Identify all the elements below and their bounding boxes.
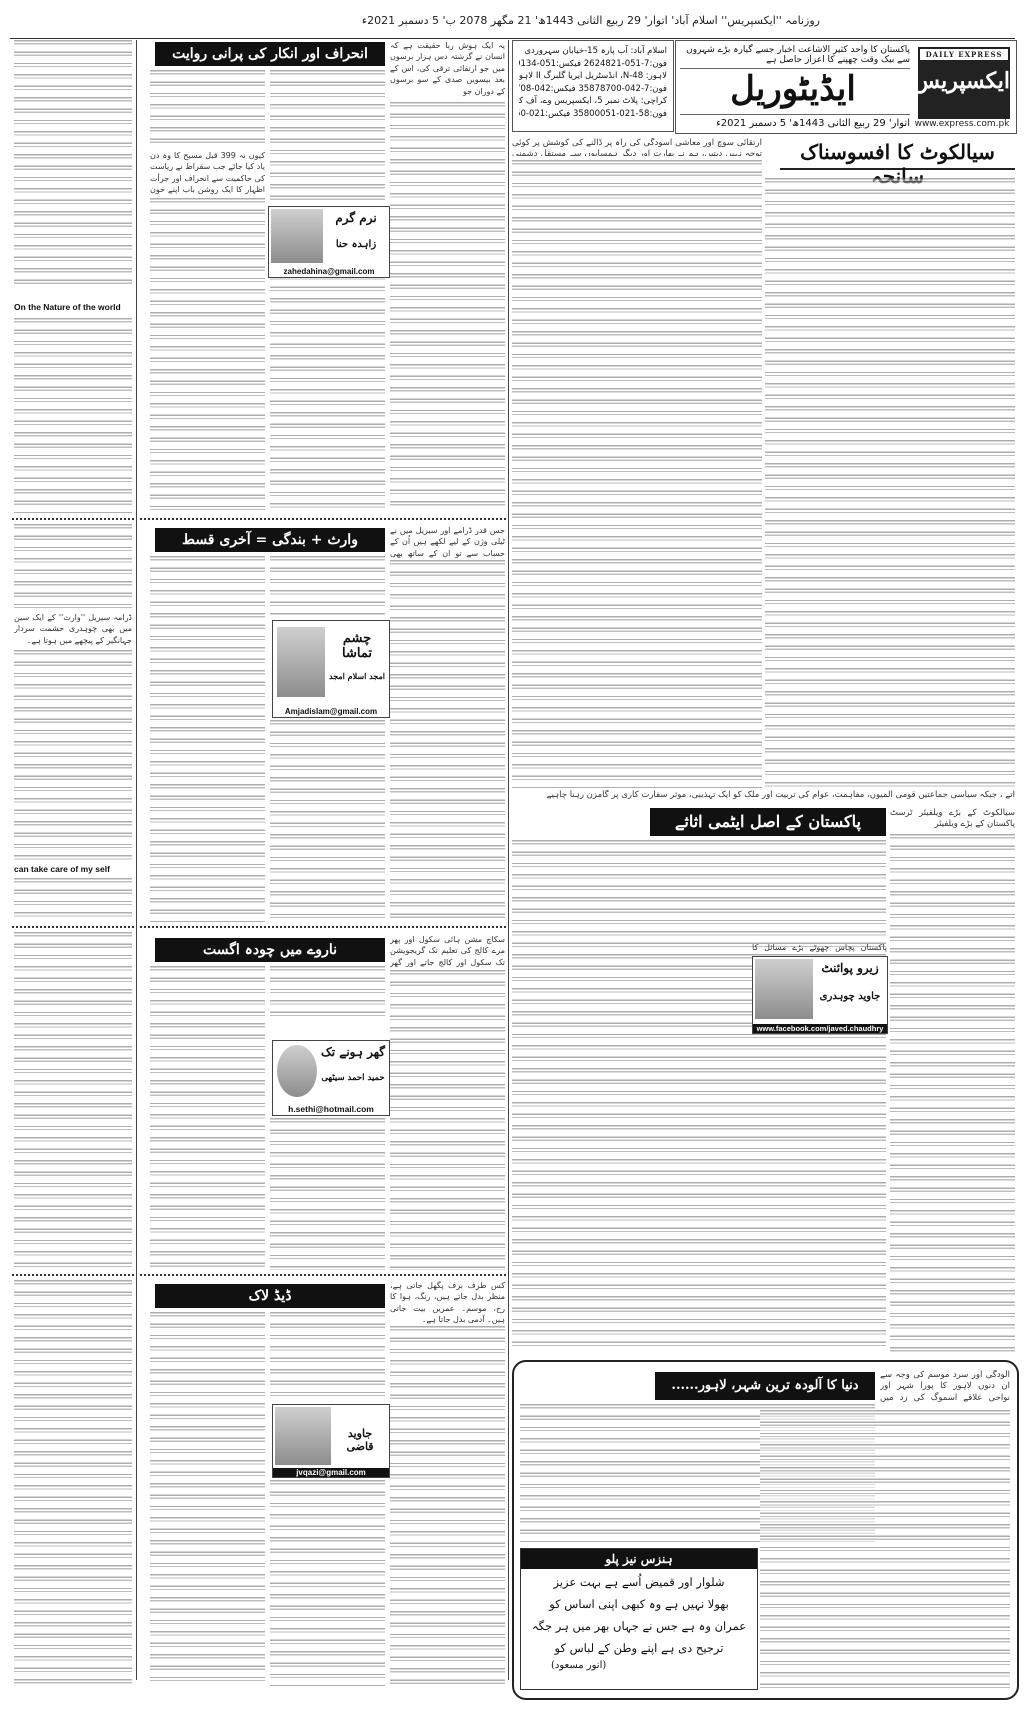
waris-body-col-2a [270, 556, 385, 616]
waris-body-col-3 [150, 556, 265, 922]
article-separator [12, 926, 134, 928]
top-rule [10, 38, 1015, 39]
editorial-headline: سیالکوٹ کا افسوسناک سانحہ [780, 140, 1015, 170]
article-separator [140, 926, 506, 928]
contact-box: اسلام آباد: آب پارہ 15-خیابان سہروردی فو… [512, 40, 674, 132]
left-col-continuation-3 [14, 524, 132, 610]
contact-line: لاہور: N-48، انڈسٹریل ایریا گلبرگ II لاہ… [519, 70, 667, 83]
norway-body-col-3 [150, 966, 265, 1270]
deadlock-body-col-1 [390, 1326, 505, 1686]
inhiraf-body-col-2 [270, 70, 385, 512]
columnist-email[interactable]: Amjadislam@gmail.com [273, 707, 389, 716]
zero-point-lead: سیالکوٹ کے بڑے ویلفیئر ٹرسٹ پاکستان کے ب… [890, 808, 1015, 830]
columnist-link[interactable]: www.facebook.com/javed.chaudhry [753, 1024, 887, 1033]
article-separator [140, 518, 506, 520]
columnist-box-zahida-hina: نرم گرم زاہدہ حنا zahedahina@gmail.com [268, 206, 390, 278]
norway-lead: سکاچ مشن ہائی سکول اور پھر مرے کالج کی ت… [390, 934, 505, 968]
columnist-name: حمید احمد سیٹھی [319, 1073, 387, 1083]
masthead-tagline: پاکستان کا واحد کثیر الاشاعت اخبار جسے گ… [680, 45, 910, 69]
columnist-name: امجد اسلام امجد [327, 671, 387, 681]
norway-headline: ناروے میں چودہ اگست [155, 938, 385, 962]
columnist-name: زاہدہ حنا [325, 239, 387, 250]
smog-headline: دنیا کا آلودہ ترین شہر، لاہور...... سرور… [655, 1372, 875, 1400]
logo-brand-en: DAILY EXPRESS [920, 49, 1008, 60]
deadlock-headline: ڈیڈ لاک [155, 1284, 385, 1308]
inhiraf-body-col-1 [390, 102, 505, 512]
columnist-photo [275, 1407, 331, 1465]
columnist-email[interactable]: h.sethi@hotmail.com [273, 1104, 389, 1114]
left-col-continuation-6 [14, 932, 132, 1270]
poem-box: ہنزس نیز پلو شلوار اور قمیض اُسے ہے بہت … [520, 1548, 758, 1690]
zero-point-headline: پاکستان کے اصل ایٹمی اثاثے [650, 808, 886, 836]
logo-brand-urdu: ایکسپریس [918, 62, 1010, 94]
editorial-closing-line: آتے ، جبکہ سیاسی جماعتیں قومی المیوں، مف… [512, 790, 1015, 802]
column-title: نرم گرم [325, 211, 387, 225]
columnist-box-javed-qazi: جاوید قاضی jvqazi@gmail.com [272, 1404, 390, 1478]
zero-point-body-right [890, 834, 1015, 1354]
left-col-continuation-7 [14, 1280, 132, 1686]
contact-line: اسلام آباد: آب پارہ 15-خیابان سہروردی [519, 45, 667, 58]
poem-line: شلوار اور قمیض اُسے ہے بہت عزیز [521, 1571, 757, 1593]
zero-point-body [512, 840, 886, 1350]
masthead-date: اتوار' 29 ربیع الثانی 1443ھ' 5 دسمبر 202… [680, 114, 910, 129]
norway-body-col-2a [270, 966, 385, 1022]
deadlock-body-col-2b [270, 1480, 385, 1686]
poem-title: ہنزس نیز پلو [521, 1549, 757, 1569]
editorial-body-snippet: ارتقائی سوچ اور معاشی آسودگی کی راہ پر ڈ… [512, 138, 762, 156]
contact-line: فون:58-021-35800051 فیکس:021-35800050 [519, 108, 667, 121]
columnist-name: جاوید قاضی [333, 1427, 387, 1453]
columnist-photo [271, 209, 323, 263]
waris-body-col-1 [390, 560, 505, 922]
columnist-box-hameed-sethi: گھر ہونے تک حمید احمد سیٹھی h.sethi@hotm… [272, 1040, 390, 1116]
contact-line: فون:7-051-2624821 فیکس:051-2879134 [519, 58, 667, 71]
poem-line: بھولا نہیں ہے وہ کبھی اپنی اساس کو [521, 1593, 757, 1615]
waris-left-snippet: ڈرامہ سیریل ''وارث'' کے ایک سین میں بھی … [14, 612, 132, 648]
poem-lines: شلوار اور قمیض اُسے ہے بہت عزیز بھولا نہ… [521, 1569, 757, 1659]
contact-line: فون:7-042-35878700 فیکس:042-35878708 [519, 83, 667, 96]
poet-name: (انور مسعود) [521, 1659, 757, 1673]
waris-body-col-2b [270, 720, 385, 922]
poem-line: ترجیح دی ہے اپنے وطن کے لباس کو [521, 1637, 757, 1659]
column-divider [136, 40, 137, 1680]
article-separator [140, 1274, 506, 1276]
article-separator [12, 518, 134, 520]
columnist-name: جاوید چوہدری [815, 991, 885, 1002]
left-col-continuation-1 [14, 40, 132, 290]
deadlock-lead: کس طرف برف پگھل جاتی ہے، منظر بدل جاتے ہ… [390, 1280, 505, 1324]
dateline: روزنامہ ''ایکسپریس'' اسلام آباد' اتوار' … [320, 14, 820, 36]
masthead: پاکستان کا واحد کثیر الاشاعت اخبار جسے گ… [675, 40, 1017, 134]
norway-body-col-2b [270, 1118, 385, 1270]
english-term: On the Nature of the world [14, 302, 132, 314]
inhiraf-headline: انحراف اور انکار کی پرانی روایت [155, 42, 385, 66]
deadlock-body-col-3 [150, 1312, 265, 1686]
editorial-body-col-2 [512, 160, 762, 788]
waris-lead: جس قدر ڈرامے اور سیریل میں نے ٹیلی وژن ک… [390, 525, 505, 559]
deadlock-body-col-2a [270, 1312, 385, 1400]
left-col-continuation-2 [14, 318, 132, 514]
column-title: گھر ہونے تک [319, 1045, 387, 1059]
smog-lead: آلودگی اور سرد موسم کی وجہ سے ان دنوں لا… [880, 1370, 1010, 1406]
editorial-body-col-1 [765, 178, 1015, 788]
columnist-email[interactable]: jvqazi@gmail.com [273, 1468, 389, 1477]
express-logo: DAILY EXPRESS ایکسپریس [918, 47, 1010, 119]
inhiraf-body-col-3a [150, 70, 265, 150]
inhiraf-body-col-3b [150, 198, 265, 512]
waris-headline: وارث + بندگی = آخری قسط [155, 528, 385, 552]
columnist-email[interactable]: zahedahina@gmail.com [269, 267, 389, 276]
columnist-box-amjad-islam: چشم تماشا امجد اسلام امجد Amjadislam@gma… [272, 620, 390, 718]
column-title: زیرو پوائنٹ [815, 961, 885, 975]
inhiraf-lead: یہ ایک ہوش ربا حقیقت ہے کہ انسان نے گزشت… [390, 40, 505, 100]
smog-body-right [760, 1410, 1010, 1690]
inhiraf-snippet: کیوں نہ 399 قبل مسیح کا وہ دن یاد کیا جا… [150, 150, 265, 196]
columnist-box-javed-chaudhry: زیرو پوائنٹ جاوید چوہدری www.facebook.co… [752, 956, 888, 1034]
zero-point-caption: پاکستان پچاس چھوٹے بڑے مسائل کا شکار ہے [752, 942, 887, 954]
columnist-photo [755, 959, 813, 1019]
column-divider [508, 40, 509, 1680]
columnist-photo [277, 1045, 317, 1097]
contact-line: کراچی: پلاٹ نمبر 5، ایکسپریس وے، آف کورن… [519, 95, 667, 108]
website-link[interactable]: www.express.com.pk [912, 119, 1012, 129]
left-col-continuation-4 [14, 650, 132, 860]
norway-body-col-1 [390, 970, 505, 1270]
english-term: can take care of my self [14, 864, 132, 876]
left-col-continuation-5 [14, 878, 132, 922]
section-title: ایڈیٹوریل [676, 69, 910, 109]
article-separator [12, 1274, 134, 1276]
column-title: چشم تماشا [327, 631, 387, 661]
columnist-photo [277, 627, 325, 697]
poem-line: عمران وہ ہے جس نے جہاں بھر میں ہر جگہ [521, 1615, 757, 1637]
